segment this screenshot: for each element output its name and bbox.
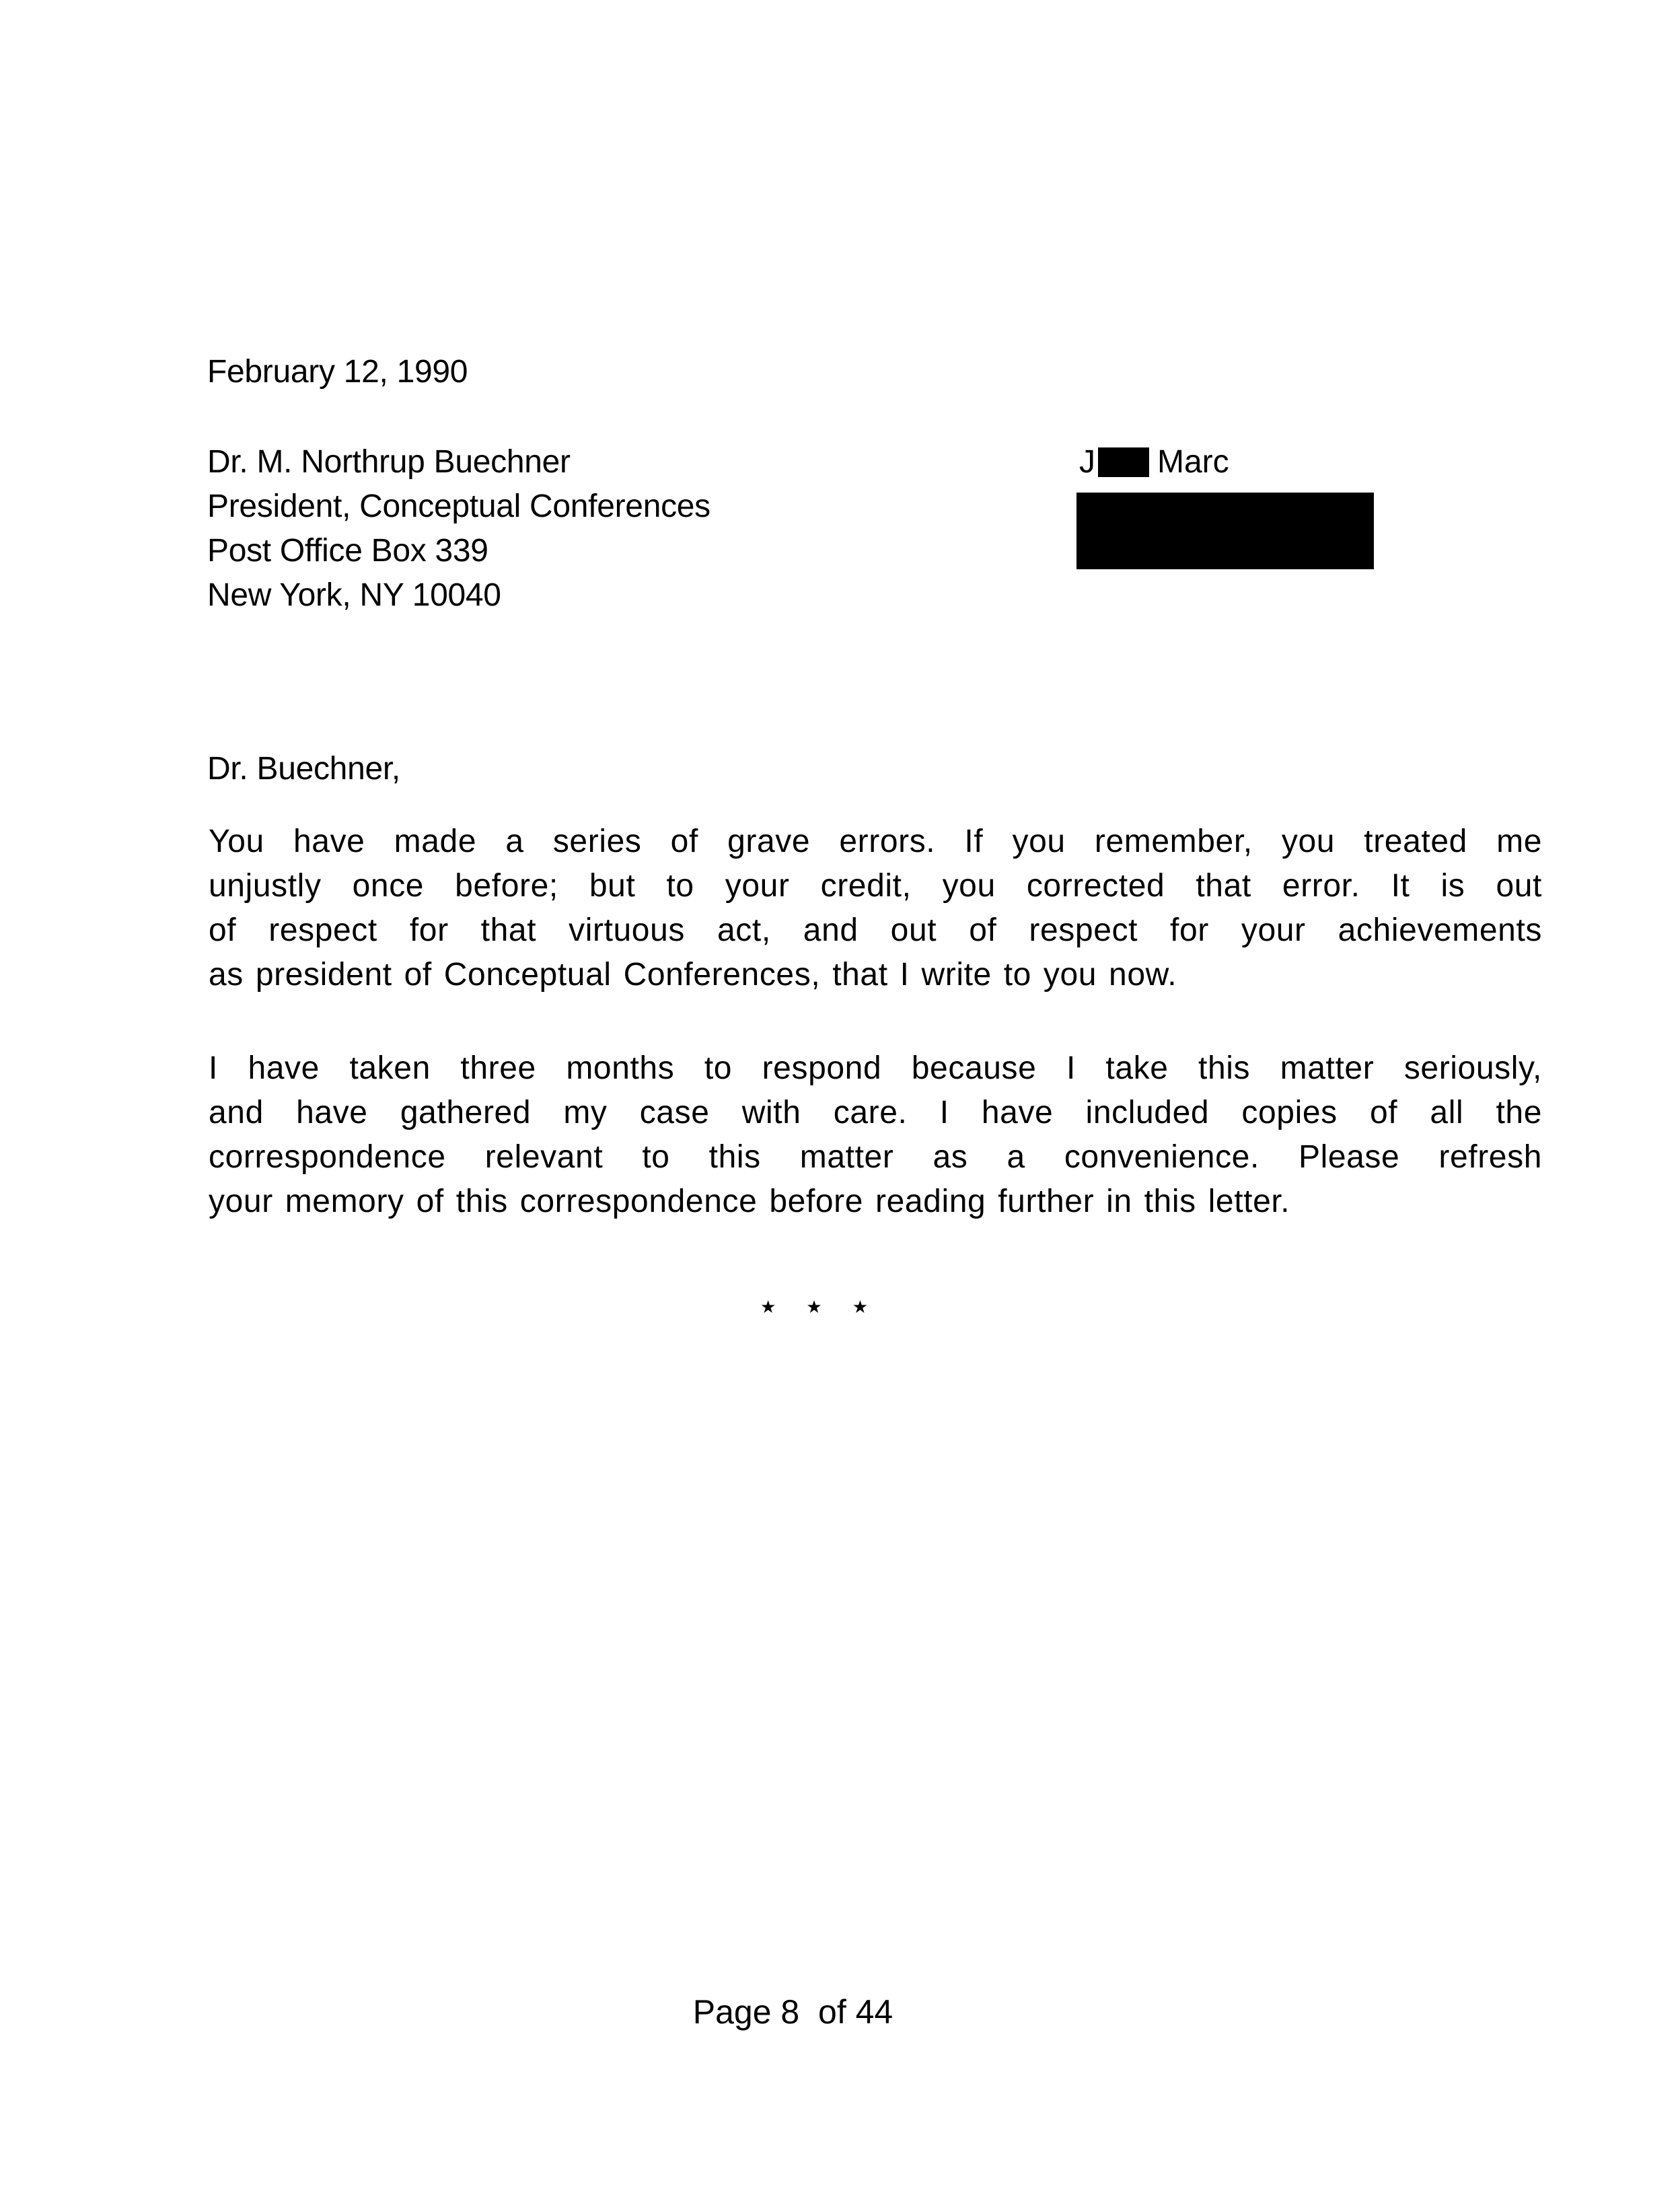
paragraph-2: I have taken three months to respond bec… — [209, 1046, 1542, 1224]
sender-name: J Marc — [1079, 440, 1229, 484]
star-icon: ★ — [852, 1293, 868, 1320]
sender-block: J Marc — [1079, 440, 1229, 484]
paragraph-line: You have made a series of grave errors. … — [209, 820, 1542, 864]
paragraph-line: unjustly once before; but to your credit… — [209, 864, 1542, 908]
letter-date: February 12, 1990 — [207, 350, 468, 394]
paragraph-line: correspondence relevant to this matter a… — [209, 1135, 1542, 1180]
sender-first-initial: J — [1079, 440, 1095, 484]
recipient-name: Dr. M. Northrup Buechner — [207, 440, 710, 484]
paragraph-line: of respect for that virtuous act, and ou… — [209, 908, 1542, 953]
recipient-address-block: Dr. M. Northrup Buechner President, Conc… — [207, 440, 710, 618]
sender-last-name: Marc — [1157, 440, 1229, 484]
page-number: Page 8 of 44 — [693, 1992, 893, 2032]
star-icon: ★ — [760, 1293, 776, 1320]
page-footer: Page 8 of 44 — [0, 1992, 1680, 2032]
recipient-address-line2: New York, NY 10040 — [207, 573, 710, 618]
paragraph-1: You have made a series of grave errors. … — [209, 820, 1542, 997]
paragraph-line: I have taken three months to respond bec… — [209, 1046, 1542, 1091]
paragraph-line: as president of Conceptual Conferences, … — [209, 953, 1542, 997]
paragraph-line: and have gathered my case with care. I h… — [209, 1091, 1542, 1135]
redaction-bar — [1098, 447, 1149, 477]
section-break: ★ ★ ★ — [760, 1293, 868, 1320]
recipient-title: President, Conceptual Conferences — [207, 484, 710, 529]
sender-address-redaction — [1076, 493, 1374, 569]
letter-page: February 12, 1990 Dr. M. Northrup Buechn… — [0, 0, 1680, 2199]
recipient-address-line1: Post Office Box 339 — [207, 529, 710, 573]
salutation: Dr. Buechner, — [207, 747, 400, 791]
star-icon: ★ — [806, 1293, 821, 1320]
paragraph-line: your memory of this correspondence befor… — [209, 1180, 1542, 1224]
